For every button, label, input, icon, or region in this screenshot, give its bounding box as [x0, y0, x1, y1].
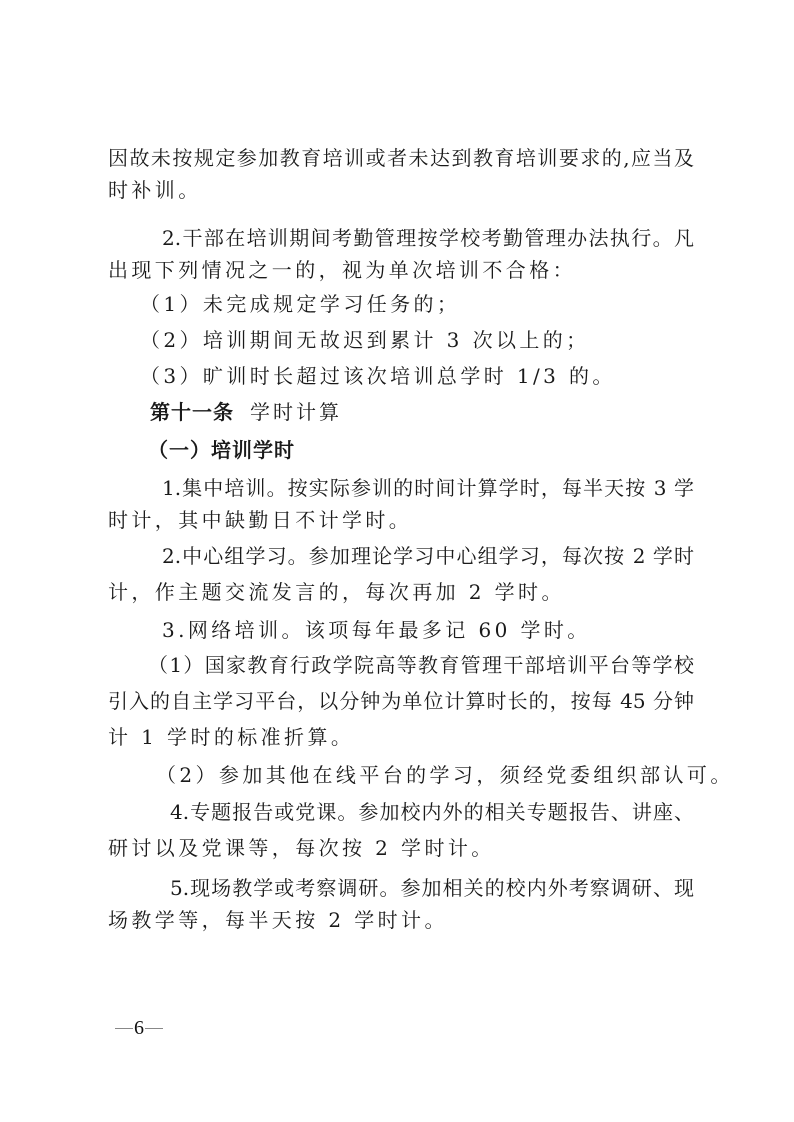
paragraph-line: 因故未按规定参加教育培训或者未达到教育培训要求的,应当及: [108, 143, 694, 173]
paragraph-line: 2.干部在培训期间考勤管理按学校考勤管理办法执行。凡: [162, 223, 694, 253]
paragraph-line: 时补训。: [108, 175, 694, 205]
dash-decoration: [115, 1028, 133, 1029]
list-item: （1）未完成规定学习任务的；: [140, 289, 460, 319]
dash-decoration: [145, 1028, 163, 1029]
section-heading: （一）培训学时: [148, 435, 295, 465]
paragraph-line: 5.现场教学或考察调研。参加相关的校内外考察调研、现: [170, 873, 694, 903]
article-title: 学时计算: [250, 400, 342, 424]
page-number: 6: [114, 1017, 164, 1040]
article-number: 第十一条: [150, 400, 234, 424]
paragraph-line: （1）国家教育行政学院高等教育管理干部培训平台等学校: [148, 650, 694, 680]
page-number-value: 6: [134, 1017, 144, 1040]
paragraph-line: 出现下列情况之一的，视为单次培训不合格：: [108, 255, 694, 285]
paragraph-line: 引入的自主学习平台，以分钟为单位计算时长的，按每 45 分钟: [108, 686, 694, 716]
paragraph-line: 3.网络培训。该项每年最多记 60 学时。: [162, 615, 591, 645]
list-item: （2）培训期间无故迟到累计 3 次以上的；: [140, 325, 590, 355]
paragraph-line: （2）参加其他在线平台的学习，须经党委组织部认可。: [156, 760, 734, 790]
paragraph-line: 计 1 学时的标准折算。: [108, 722, 694, 752]
paragraph-line: 2.中心组学习。参加理论学习中心组学习，每次按 2 学时: [162, 541, 694, 571]
paragraph-line: 场教学等，每半天按 2 学时计。: [108, 905, 694, 935]
paragraph-line: 4.专题报告或党课。参加校内外的相关专题报告、讲座、: [170, 797, 694, 827]
list-item: （3）旷训时长超过该次培训总学时 1/3 的。: [140, 361, 616, 391]
document-page: 因故未按规定参加教育培训或者未达到教育培训要求的,应当及 时补训。 2.干部在培…: [0, 0, 794, 1122]
paragraph-line: 1.集中培训。按实际参训的时间计算学时，每半天按 3 学: [162, 473, 694, 503]
paragraph-line: 研讨以及党课等，每次按 2 学时计。: [108, 833, 694, 863]
paragraph-line: 计，作主题交流发言的，每次再加 2 学时。: [108, 577, 694, 607]
article-heading: 第十一条学时计算: [150, 397, 342, 427]
paragraph-line: 时计，其中缺勤日不计学时。: [108, 505, 694, 535]
